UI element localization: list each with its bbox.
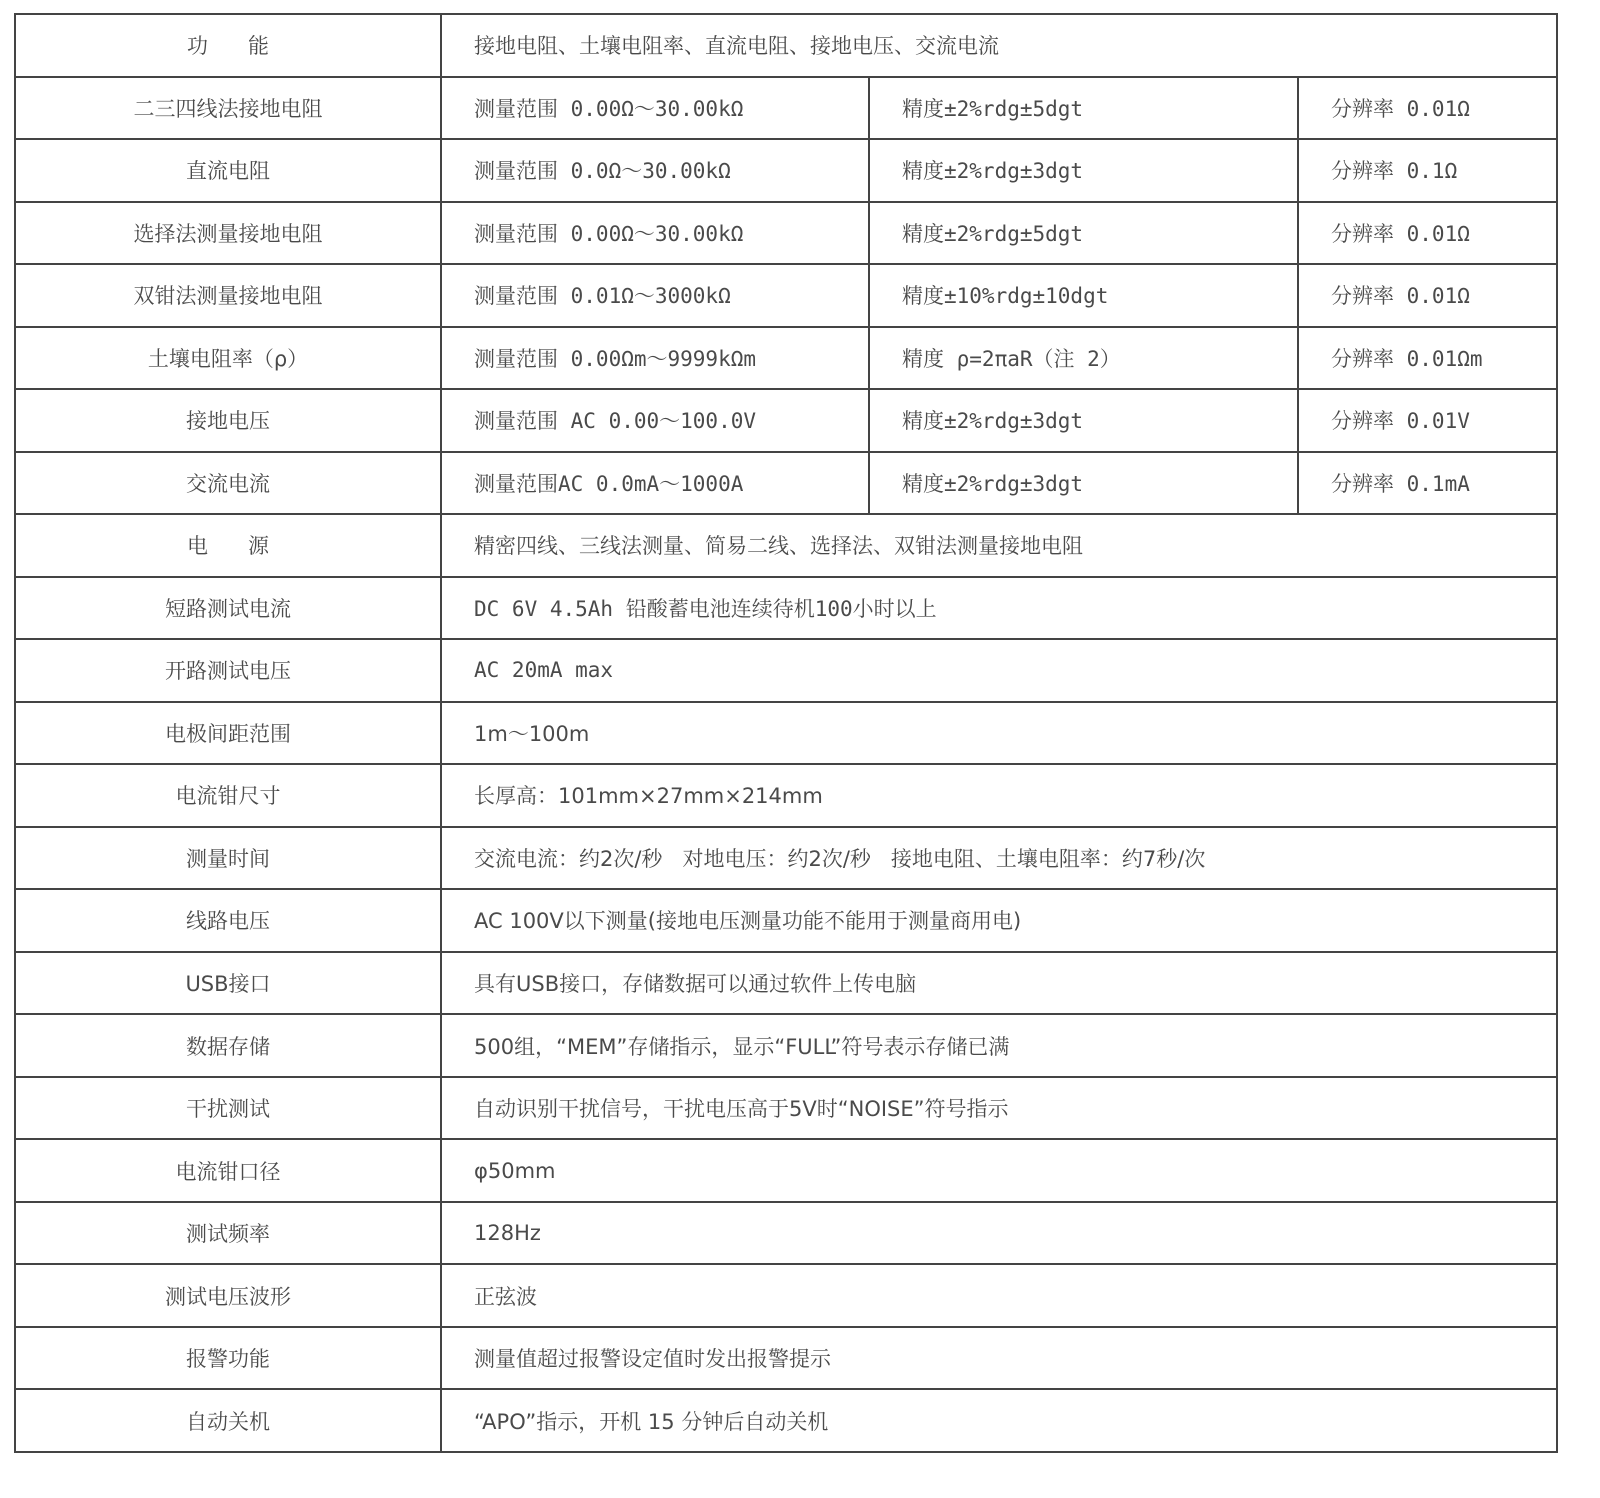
table-row: 数据存储 500组，“MEM”存储指示，显示“FULL”符号表示存储已满	[15, 1014, 1557, 1077]
row-value: 测量值超过报警设定值时发出报警提示	[441, 1327, 1557, 1390]
row-value: 接地电阻、土壤电阻率、直流电阻、接地电压、交流电流	[441, 14, 1557, 77]
accuracy-cell: 精度±2%rdg±3dgt	[869, 452, 1298, 515]
resolution-cell: 分辨率 0.01V	[1298, 389, 1557, 452]
table-row: 电流钳口径 φ50mm	[15, 1139, 1557, 1202]
table-row: 二三四线法接地电阻 测量范围 0.00Ω～30.00kΩ 精度±2%rdg±5d…	[15, 77, 1557, 140]
table-row: 土壤电阻率（ρ） 测量范围 0.00Ωm～9999kΩm 精度 ρ=2πaR（注…	[15, 327, 1557, 390]
table-row: 双钳法测量接地电阻 测量范围 0.01Ω～3000kΩ 精度±10%rdg±10…	[15, 264, 1557, 327]
range-cell: 测量范围 0.0Ω～30.00kΩ	[441, 139, 869, 202]
range-cell: 测量范围AC 0.0mA～1000A	[441, 452, 869, 515]
row-label: 电极间距范围	[15, 702, 441, 765]
row-label: 测量时间	[15, 827, 441, 890]
range-cell: 测量范围 AC 0.00～100.0V	[441, 389, 869, 452]
row-label: USB接口	[15, 952, 441, 1015]
row-value: 500组，“MEM”存储指示，显示“FULL”符号表示存储已满	[441, 1014, 1557, 1077]
table-row: 电极间距范围 1m～100m	[15, 702, 1557, 765]
row-label: 短路测试电流	[15, 577, 441, 640]
table-row: 直流电阻 测量范围 0.0Ω～30.00kΩ 精度±2%rdg±3dgt 分辨率…	[15, 139, 1557, 202]
row-label: 干扰测试	[15, 1077, 441, 1140]
table-row: 接地电压 测量范围 AC 0.00～100.0V 精度±2%rdg±3dgt 分…	[15, 389, 1557, 452]
row-label: 电流钳口径	[15, 1139, 441, 1202]
table-row: 测试频率 128Hz	[15, 1202, 1557, 1265]
resolution-cell: 分辨率 0.1mA	[1298, 452, 1557, 515]
resolution-cell: 分辨率 0.01Ω	[1298, 77, 1557, 140]
row-value: “APO”指示，开机 15 分钟后自动关机	[441, 1389, 1557, 1452]
row-value: 精密四线、三线法测量、简易二线、选择法、双钳法测量接地电阻	[441, 514, 1557, 577]
table-row: 开路测试电压 AC 20mA max	[15, 639, 1557, 702]
row-label: 测试电压波形	[15, 1264, 441, 1327]
row-value: 1m～100m	[441, 702, 1557, 765]
row-value: DC 6V 4.5Ah 铅酸蓄电池连续待机100小时以上	[441, 577, 1557, 640]
row-label: 交流电流	[15, 452, 441, 515]
table-row: 干扰测试 自动识别干扰信号，干扰电压高于5V时“NOISE”符号指示	[15, 1077, 1557, 1140]
row-label: 线路电压	[15, 889, 441, 952]
row-value: 正弦波	[441, 1264, 1557, 1327]
row-label: 电流钳尺寸	[15, 764, 441, 827]
row-label: 双钳法测量接地电阻	[15, 264, 441, 327]
accuracy-cell: 精度±10%rdg±10dgt	[869, 264, 1298, 327]
row-label: 开路测试电压	[15, 639, 441, 702]
accuracy-cell: 精度±2%rdg±3dgt	[869, 139, 1298, 202]
table-row: 短路测试电流 DC 6V 4.5Ah 铅酸蓄电池连续待机100小时以上	[15, 577, 1557, 640]
table-row: 电流钳尺寸 长厚高：101mm×27mm×214mm	[15, 764, 1557, 827]
table-row: 测量时间 交流电流：约2次/秒 对地电压：约2次/秒 接地电阻、土壤电阻率：约7…	[15, 827, 1557, 890]
row-value: 长厚高：101mm×27mm×214mm	[441, 764, 1557, 827]
row-value: 自动识别干扰信号，干扰电压高于5V时“NOISE”符号指示	[441, 1077, 1557, 1140]
row-value: AC 100V以下测量(接地电压测量功能不能用于测量商用电)	[441, 889, 1557, 952]
row-label: 接地电压	[15, 389, 441, 452]
row-label: 二三四线法接地电阻	[15, 77, 441, 140]
resolution-cell: 分辨率 0.1Ω	[1298, 139, 1557, 202]
row-value: φ50mm	[441, 1139, 1557, 1202]
range-cell: 测量范围 0.00Ω～30.00kΩ	[441, 77, 869, 140]
row-label: 选择法测量接地电阻	[15, 202, 441, 265]
range-cell: 测量范围 0.00Ωm～9999kΩm	[441, 327, 869, 390]
table-row: 选择法测量接地电阻 测量范围 0.00Ω～30.00kΩ 精度±2%rdg±5d…	[15, 202, 1557, 265]
row-value: 128Hz	[441, 1202, 1557, 1265]
row-label: 电 源	[15, 514, 441, 577]
row-value: AC 20mA max	[441, 639, 1557, 702]
row-value: 交流电流：约2次/秒 对地电压：约2次/秒 接地电阻、土壤电阻率：约7秒/次	[441, 827, 1557, 890]
row-label: 自动关机	[15, 1389, 441, 1452]
spec-table: 功 能 接地电阻、土壤电阻率、直流电阻、接地电压、交流电流 二三四线法接地电阻 …	[14, 13, 1558, 1453]
resolution-cell: 分辨率 0.01Ω	[1298, 202, 1557, 265]
range-cell: 测量范围 0.00Ω～30.00kΩ	[441, 202, 869, 265]
table-row: 报警功能 测量值超过报警设定值时发出报警提示	[15, 1327, 1557, 1390]
accuracy-cell: 精度 ρ=2πaR（注 2）	[869, 327, 1298, 390]
accuracy-cell: 精度±2%rdg±5dgt	[869, 202, 1298, 265]
row-value: 具有USB接口，存储数据可以通过软件上传电脑	[441, 952, 1557, 1015]
resolution-cell: 分辨率 0.01Ωm	[1298, 327, 1557, 390]
accuracy-cell: 精度±2%rdg±3dgt	[869, 389, 1298, 452]
table-row-function: 功 能 接地电阻、土壤电阻率、直流电阻、接地电压、交流电流	[15, 14, 1557, 77]
row-label: 土壤电阻率（ρ）	[15, 327, 441, 390]
table-row: USB接口 具有USB接口，存储数据可以通过软件上传电脑	[15, 952, 1557, 1015]
row-label: 功 能	[15, 14, 441, 77]
table-row: 交流电流 测量范围AC 0.0mA～1000A 精度±2%rdg±3dgt 分辨…	[15, 452, 1557, 515]
table-row: 线路电压 AC 100V以下测量(接地电压测量功能不能用于测量商用电)	[15, 889, 1557, 952]
row-label: 数据存储	[15, 1014, 441, 1077]
table-row: 自动关机 “APO”指示，开机 15 分钟后自动关机	[15, 1389, 1557, 1452]
row-label: 报警功能	[15, 1327, 441, 1390]
row-label: 测试频率	[15, 1202, 441, 1265]
accuracy-cell: 精度±2%rdg±5dgt	[869, 77, 1298, 140]
row-label: 直流电阻	[15, 139, 441, 202]
range-cell: 测量范围 0.01Ω～3000kΩ	[441, 264, 869, 327]
table-row: 测试电压波形 正弦波	[15, 1264, 1557, 1327]
resolution-cell: 分辨率 0.01Ω	[1298, 264, 1557, 327]
table-row: 电 源 精密四线、三线法测量、简易二线、选择法、双钳法测量接地电阻	[15, 514, 1557, 577]
